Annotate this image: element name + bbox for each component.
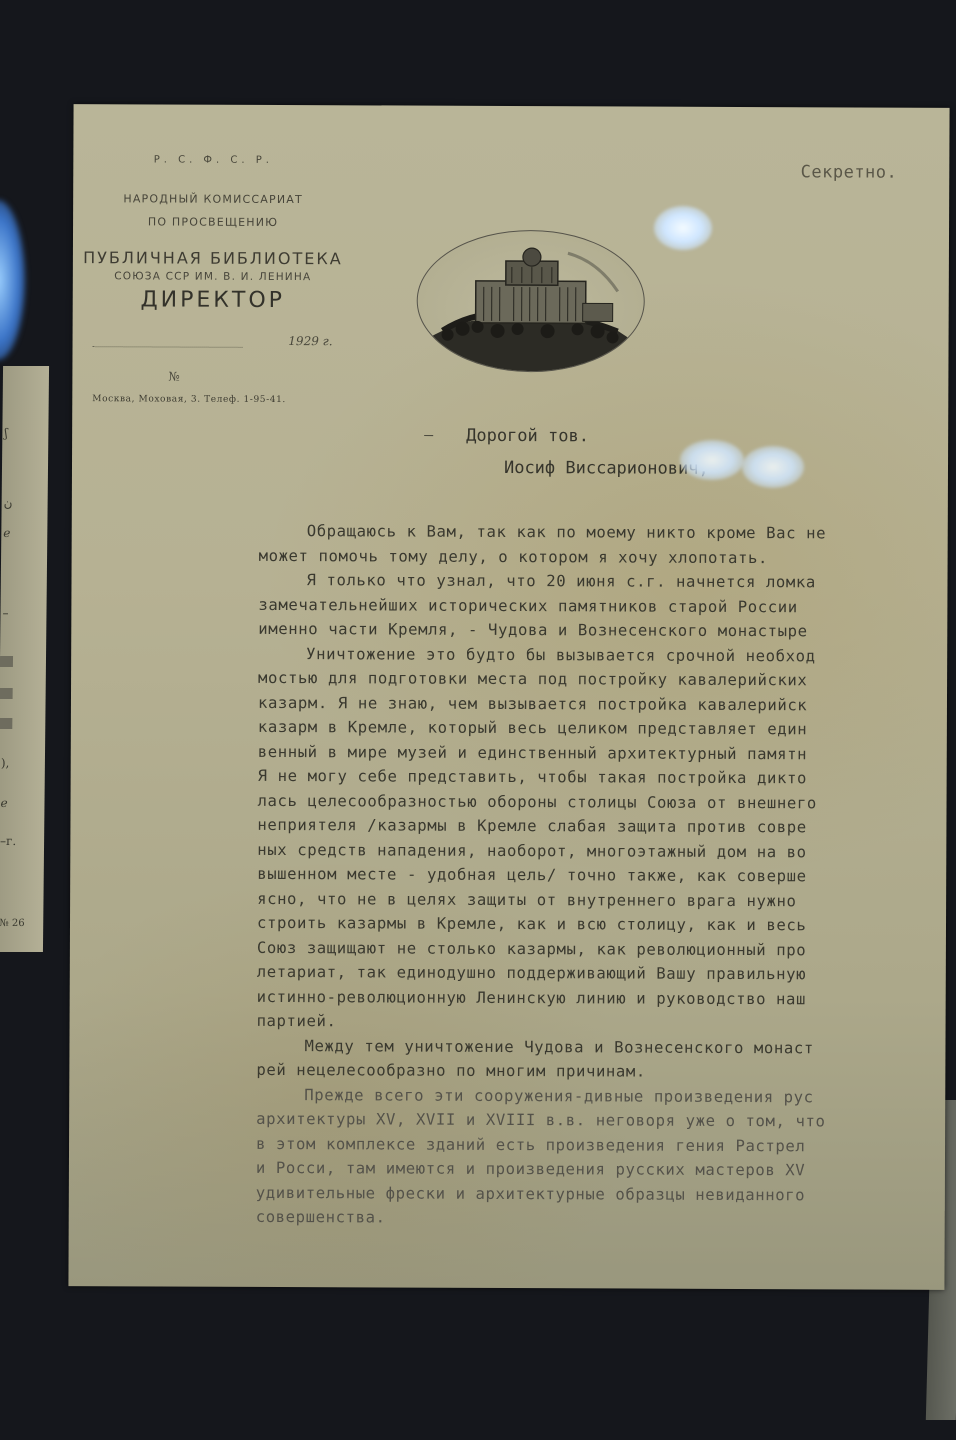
letter-line: Обращаюсь к Вам, так как по моему никто … xyxy=(259,519,919,546)
handwriting-mark: ن xyxy=(4,496,13,510)
date-year: 1929 г. xyxy=(288,334,332,348)
letter-line: замечательнейших исторических памятников… xyxy=(258,592,918,619)
letterhead-commissariat-2: ПО ПРОСВЕЩЕНИЮ xyxy=(73,210,353,234)
table-cell-shade xyxy=(0,656,13,667)
letter-line: ясно, что не в целях защиты от внутренне… xyxy=(257,886,917,913)
letter-line: архитектуры XV, XVII и XVIII в.в. негово… xyxy=(256,1107,916,1134)
salutation-greeting: Дорогой тов. xyxy=(466,426,589,447)
letter-line: казарм. Я не знаю, чем вызывается постро… xyxy=(258,690,918,717)
salutation-addressee: Иосиф Виссарионович, xyxy=(504,458,709,479)
letterhead-address: Москва, Моховая, 3. Телеф. 1-95-41. xyxy=(92,394,286,405)
date-blank-line xyxy=(93,346,243,348)
letter-line: мостью для подготовки места под постройк… xyxy=(258,666,918,693)
letter-line: рей нецелесообразно по многим причинам. xyxy=(256,1058,916,1085)
letter-line: казарм в Кремле, который весь целиком пр… xyxy=(258,715,918,742)
letter-line: Между тем уничтожение Чудова и Вознесенс… xyxy=(256,1033,916,1060)
handwriting-mark: ʃ xyxy=(4,426,7,440)
handwriting-mark: ℯ xyxy=(3,526,10,540)
letter-line: именно части Кремля, - Чудова и Вознесен… xyxy=(258,617,918,644)
letter-line: строить казармы в Кремле, как и всю стол… xyxy=(257,911,917,938)
letter-line: в этом комплексе зданий есть произведени… xyxy=(256,1131,916,1158)
table-cell-shade xyxy=(0,718,12,729)
letter-line: лась целесообразностью обороны столицы С… xyxy=(257,788,917,815)
handwriting-mark: ℯ xyxy=(0,796,7,810)
letter-line: венный в мире музей и единственный архит… xyxy=(258,739,918,766)
letterhead-number: № xyxy=(168,370,179,384)
letter-page: Р. С. Ф. С. Р. НАРОДНЫЙ КОМИССАРИАТ ПО П… xyxy=(68,104,949,1290)
table-cell-shade xyxy=(0,688,13,699)
letter-line: удивительные фрески и архитектурные обра… xyxy=(256,1180,916,1207)
light-reflection xyxy=(742,446,804,488)
letter-line: неприятеля /казармы в Кремле слабая защи… xyxy=(257,813,917,840)
letter-line: ных средств нападения, наоборот, многоэт… xyxy=(257,837,917,864)
library-emblem-icon xyxy=(416,230,645,373)
letterhead-position: ДИРЕКТОР xyxy=(73,287,353,313)
greeting-dash: – xyxy=(424,426,433,444)
letter-line: совершенства. xyxy=(256,1205,916,1232)
letter-line: Уничтожение это будто бы вызывается сроч… xyxy=(258,641,918,668)
letter-line: может помочь тому делу, о котором я хочу… xyxy=(259,543,919,570)
light-reflection xyxy=(654,206,712,250)
left-doc-number: № 26 xyxy=(0,918,25,929)
neighbouring-document-left: ʃ ن ℯ – ), ℯ –г. № 26 xyxy=(0,366,49,952)
letter-line: и Росси, там имеются и произведения русс… xyxy=(256,1156,916,1183)
letterhead-republic: Р. С. Ф. С. Р. xyxy=(73,154,353,166)
handwriting-mark: –г. xyxy=(0,834,16,848)
letterhead-date: 1929 г. xyxy=(93,336,333,351)
letter-body: Обращаюсь к Вам, так как по моему никто … xyxy=(256,519,919,1232)
letter-line: Союз защищают не столько казармы, как ре… xyxy=(257,935,917,962)
handwriting-mark: – xyxy=(2,606,8,620)
letter-line: Прежде всего эти сооружения-дивные произ… xyxy=(256,1082,916,1109)
light-reflection xyxy=(680,440,744,480)
classification-stamp: Секретно. xyxy=(801,162,898,182)
letterhead-commissariat-1: НАРОДНЫЙ КОМИССАРИАТ xyxy=(73,187,353,211)
letter-line: вышенном месте - удобная цель/ точно так… xyxy=(257,862,917,889)
letter-line: истинно-революционную Ленинскую линию и … xyxy=(257,984,917,1011)
letter-line: партией. xyxy=(257,1009,917,1036)
letterhead-library: ПУБЛИЧНАЯ БИБЛИОТЕКА xyxy=(73,248,353,268)
letter-line: Я только что узнал, что 20 июня с.г. нач… xyxy=(258,568,918,595)
letterhead: Р. С. Ф. С. Р. НАРОДНЫЙ КОМИССАРИАТ ПО П… xyxy=(73,154,354,313)
letterhead-union: СОЮЗА ССР ИМ. В. И. ЛЕНИНА xyxy=(73,270,353,283)
handwriting-mark: ), xyxy=(1,756,10,770)
letter-line: летариат, так единодушно поддерживающий … xyxy=(257,960,917,987)
letter-line: Я не могу себе представить, чтобы такая … xyxy=(258,764,918,791)
